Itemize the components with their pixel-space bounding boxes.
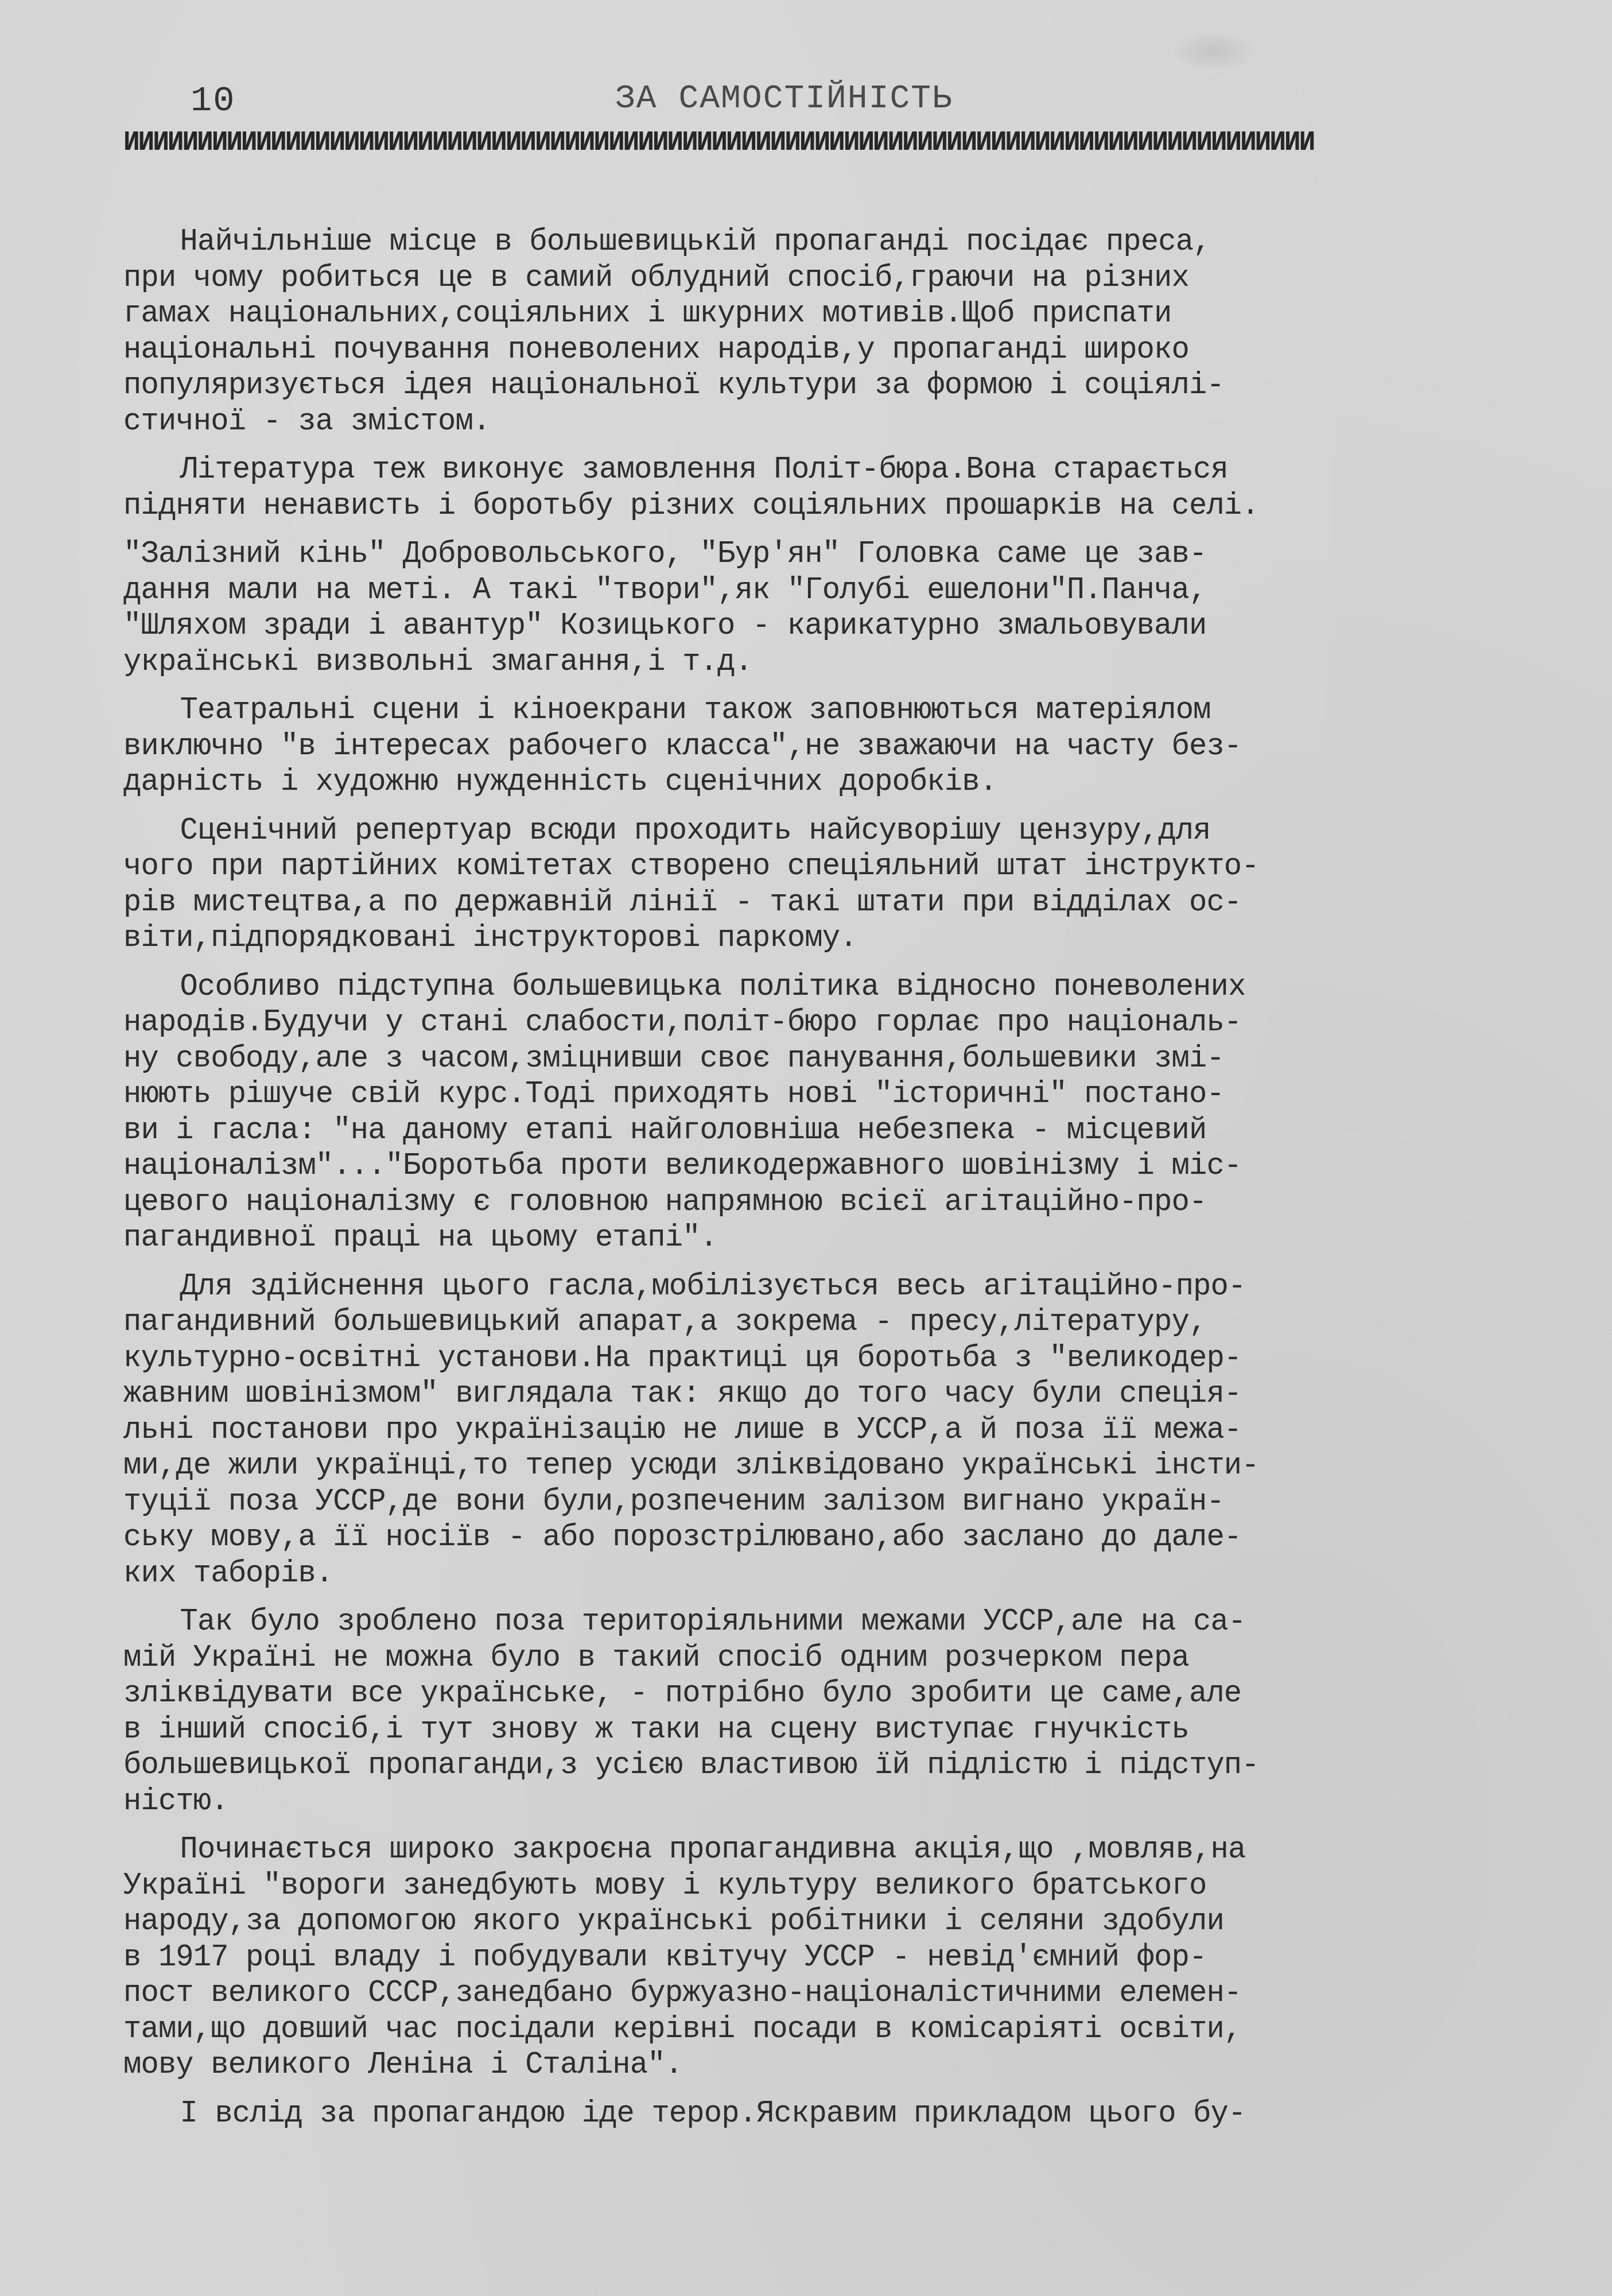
text-line: віти,підпорядковані інструкторові парком… <box>123 920 1502 956</box>
text-line: пагандивний большевицький апарат,а зокре… <box>123 1304 1502 1340</box>
text-line: туції поза УССР,де вони були,розпеченим … <box>123 1484 1502 1520</box>
text-line: зліквідувати все українське, - потрібно … <box>123 1676 1502 1712</box>
text-line: при чому робиться це в самий облудний сп… <box>123 260 1502 296</box>
text-line: Найчільніше місце в большевицькій пропаг… <box>123 224 1502 260</box>
text-line: підняти ненависть і боротьбу різних соці… <box>123 488 1502 524</box>
text-line: в 1917 році владу і побудували квітучу У… <box>123 1940 1502 1976</box>
ink-smudge <box>1171 32 1257 72</box>
text-line: дання мали на меті. А такі "твори",як "Г… <box>123 572 1502 608</box>
text-line: стичної - за змістом. <box>123 404 1502 440</box>
running-title: ЗА САМОСТІЙНІСТЬ <box>615 80 953 118</box>
text-line: рів мистецтва,а по державній лінії - так… <box>123 885 1502 921</box>
text-line: "Залізний кінь" Добровольського, "Бур'ян… <box>123 536 1502 572</box>
text-line: тами,що довший час посідали керівні поса… <box>123 2011 1502 2047</box>
text-line: мову великого Леніна і Сталіна". <box>123 2047 1502 2083</box>
page-number: 10 <box>191 80 235 121</box>
text-line: пагандивної праці на цьому етапі". <box>123 1220 1502 1256</box>
paragraph: Театральні сцени і кіноекрани також запо… <box>123 692 1524 800</box>
paragraph: "Залізний кінь" Добровольського, "Бур'ян… <box>123 536 1524 680</box>
text-line: жавним шовінізмом" виглядала так: якщо д… <box>123 1376 1502 1412</box>
text-line: чого при партійних комітетах створено сп… <box>123 848 1502 885</box>
text-line: ністю. <box>123 1783 1502 1820</box>
text-line: українські визвольні змагання,і т.д. <box>123 644 1502 680</box>
paragraph: Починається широко закроєна пропагандивн… <box>123 1832 1524 2083</box>
text-line: цевого націоналізму є головною напрямною… <box>123 1184 1502 1220</box>
text-line: мій Україні не можна було в такий спосіб… <box>123 1640 1502 1676</box>
text-line: льні постанови про українізацію не лише … <box>123 1412 1502 1448</box>
paragraph: Для здійснення цього гасла,мобілізується… <box>123 1269 1524 1592</box>
text-line: большевицької пропаганди,з усією властив… <box>123 1747 1502 1783</box>
text-line: ну свободу,але з часом,зміцнивши своє па… <box>123 1041 1502 1077</box>
paragraph: Література теж виконує замовлення Політ-… <box>123 452 1524 523</box>
text-line: дарність і художню нужденність сценічних… <box>123 764 1502 800</box>
text-line: націоналізм"..."Боротьба проти великодер… <box>123 1148 1502 1184</box>
text-line: національні почування поневолених народі… <box>123 332 1502 368</box>
text-line: І вслід за пропагандою іде терор.Яскрави… <box>123 2096 1502 2132</box>
article-body: Найчільніше місце в большевицькій пропаг… <box>123 224 1524 2144</box>
text-line: Починається широко закроєна пропагандивн… <box>123 1832 1502 1868</box>
page-header: 10 ЗА САМОСТІЙНІСТЬ <box>185 80 1447 121</box>
text-line: ви і гасла: "на даному етапі найголовніш… <box>123 1112 1502 1149</box>
text-line: Так було зроблено поза територіяльними м… <box>123 1604 1502 1640</box>
text-line: Україні "вороги занедбують мову і культу… <box>123 1868 1502 1904</box>
paragraph: Так було зроблено поза територіяльними м… <box>123 1604 1524 1819</box>
text-line: виключно "в інтересах рабочего класса",н… <box>123 728 1502 765</box>
text-line: народу,за допомогою якого українські роб… <box>123 1903 1502 1940</box>
paragraph: Особливо підступна большевицька політика… <box>123 969 1524 1256</box>
text-line: Особливо підступна большевицька політика… <box>123 969 1502 1005</box>
paragraph: Найчільніше місце в большевицькій пропаг… <box>123 224 1524 439</box>
typewritten-page: 10 ЗА САМОСТІЙНІСТЬ ИИИИИИИИИИИИИИИИИИИИ… <box>0 0 1612 2296</box>
text-line: ську мову,а її носіїв - або порозстрілюв… <box>123 1519 1502 1556</box>
text-line: культурно-освітні установи.На практиці ц… <box>123 1340 1502 1376</box>
text-line: ких таборів. <box>123 1556 1502 1592</box>
paragraph: І вслід за пропагандою іде терор.Яскрави… <box>123 2096 1524 2132</box>
text-line: Театральні сцени і кіноекрани також запо… <box>123 692 1502 728</box>
text-line: нюють рішуче свій курс.Тоді приходять но… <box>123 1076 1502 1112</box>
text-line: пост великого СССР,занедбано буржуазно-н… <box>123 1975 1502 2011</box>
header-rule: ИИИИИИИИИИИИИИИИИИИИИИИИИИИИИИИИИИИИИИИИ… <box>123 127 1443 158</box>
text-line: гамах національних,соціяльних і шкурних … <box>123 296 1502 332</box>
text-line: Для здійснення цього гасла,мобілізується… <box>123 1269 1502 1305</box>
text-line: "Шляхом зради і авантур" Козицького - ка… <box>123 608 1502 644</box>
text-line: народів.Будучи у стані слабости,політ-бю… <box>123 1004 1502 1041</box>
text-line: Сценічний репертуар всюди проходить найс… <box>123 813 1502 849</box>
text-line: ми,де жили українці,то тепер усюди злікв… <box>123 1448 1502 1484</box>
text-line: Література теж виконує замовлення Політ-… <box>123 452 1502 488</box>
paragraph: Сценічний репертуар всюди проходить найс… <box>123 813 1524 956</box>
text-line: популяризується ідея національної культу… <box>123 367 1502 404</box>
text-line: в інший спосіб,і тут знову ж таки на сце… <box>123 1712 1502 1748</box>
